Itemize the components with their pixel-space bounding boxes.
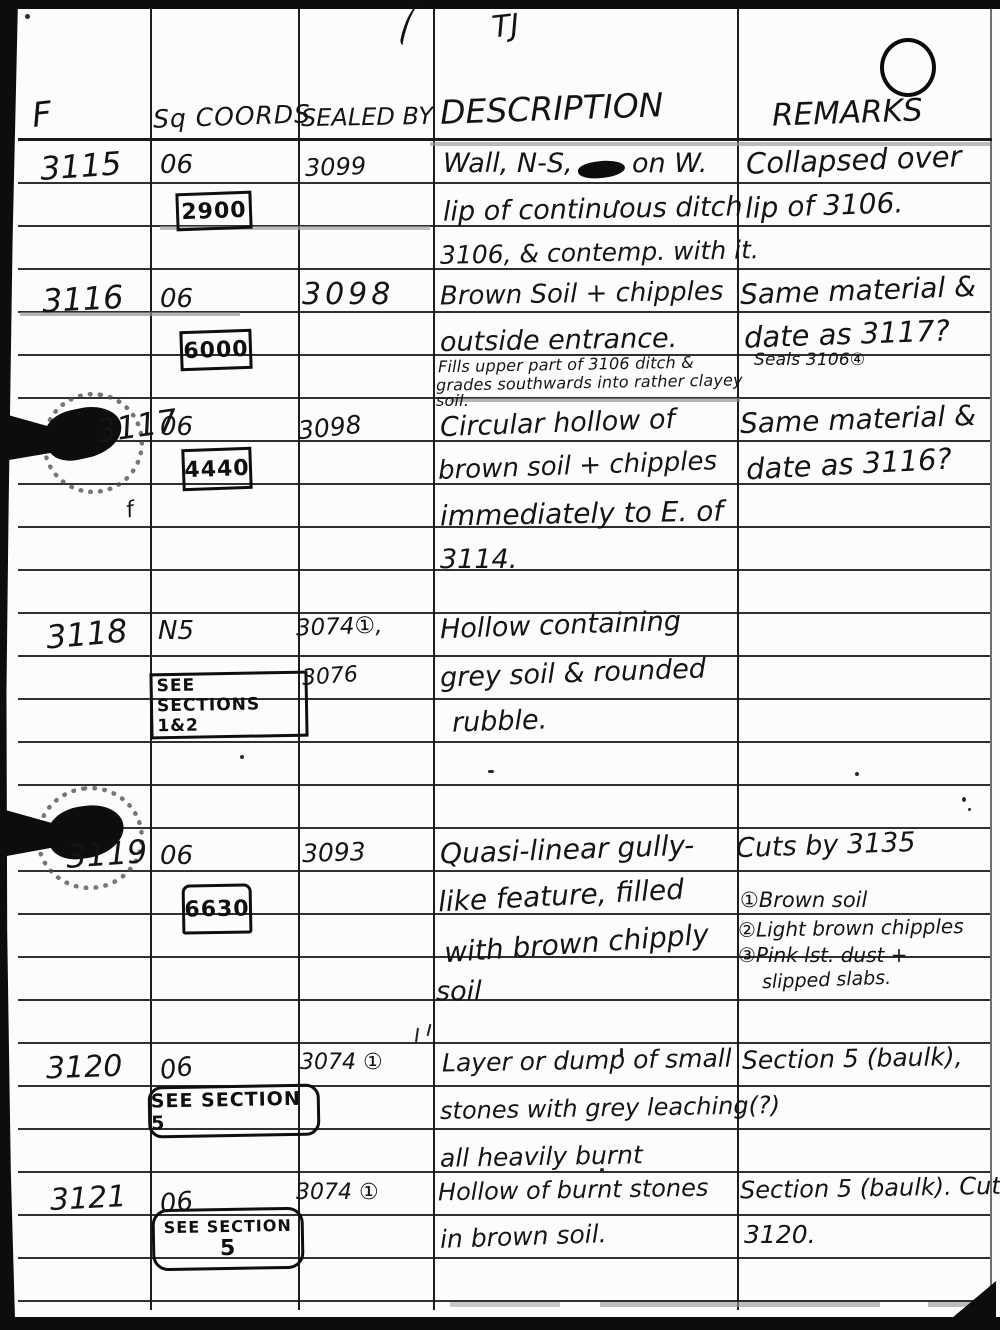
ink-speck [968, 808, 971, 811]
remarks-note: Seals 3106④ [754, 352, 865, 369]
remarks-line: Cuts by 3135 [736, 829, 916, 862]
coords-value: N5 [158, 618, 194, 644]
remarks-line: Section 5 (baulk), [742, 1044, 963, 1073]
feature-number: 3118 [45, 615, 129, 654]
feature-number: 3121 [49, 1182, 127, 1216]
coords-value: 06 [160, 286, 193, 312]
ink-speck [25, 14, 30, 19]
description-line: Layer or dump of small [442, 1045, 732, 1075]
scan-edge-bar-bottom [0, 1317, 1000, 1330]
description-line: all heavily burnt [440, 1142, 643, 1171]
circle-mark [880, 38, 936, 97]
feature-number: 3115 [39, 147, 122, 185]
scanned-register-page: TJ f F Sq COORDS SEALED BY DESCRIPTION R… [0, 0, 1000, 1330]
remarks-line: ①Brown soil [740, 890, 867, 911]
coords-box: 2900 [175, 191, 252, 232]
coords-value: 06 [160, 152, 193, 178]
ink-speck [240, 755, 244, 759]
page-right-edge-line [990, 6, 992, 1310]
description-line: Hollow of burnt stones [438, 1176, 709, 1205]
sealed-by-value: 3076 [301, 664, 358, 690]
remarks-line: ③Pink lst. dust + [738, 945, 907, 965]
scan-smudge [600, 1302, 880, 1307]
sealed-by-value: 3074 ① [300, 1052, 383, 1074]
remarks-line: slipped slabs. [762, 969, 892, 992]
scan-smudge [450, 1302, 560, 1307]
remarks-line: lip of 3106. [745, 189, 904, 223]
coords-value: 06 [160, 843, 193, 869]
description-line: rubble. [452, 706, 548, 736]
description-line: on W. [632, 150, 707, 177]
coords-box: 4440 [181, 447, 252, 491]
description-line: Circular hollow of [440, 406, 676, 441]
description-line: stones with grey leaching(?) [440, 1093, 780, 1123]
header-remarks: REMARKS [772, 95, 924, 131]
description-line: Wall, N-S, [443, 150, 573, 177]
feature-number: 3120 [45, 1052, 122, 1085]
coords-box: SEE SECTIONS 1&2 [149, 671, 308, 740]
top-page-note: TJ [491, 11, 521, 44]
scan-edge-strip-left [0, 0, 18, 1330]
remarks-line: Same material & [740, 273, 977, 309]
header-sealed-by: SEALED BY [301, 104, 434, 130]
description-line: lip of continuous ditch [443, 193, 743, 225]
remarks-line: 3120. [744, 1222, 816, 1247]
sealed-by-value: 3098 [302, 280, 394, 310]
remarks-line: date as 3117? [744, 316, 951, 352]
remarks-line: Section 5 (baulk). Cuts [740, 1174, 1000, 1203]
sealed-by-value: 3093 [302, 839, 366, 866]
remarks-line: ②Light brown chipples [738, 916, 964, 940]
description-line: immediately to E. of [440, 498, 724, 531]
header-rule [18, 138, 992, 141]
sealed-by-value: 3074①, [296, 614, 383, 640]
description-line: 3114. [440, 546, 517, 573]
sealed-by-value: 3098 [297, 412, 363, 444]
coords-box: 6000 [179, 329, 252, 371]
coords-box: 6630 [182, 883, 253, 934]
ink-speck [962, 797, 966, 802]
sealed-by-value: 3074 ① [296, 1182, 379, 1204]
description-line: Hollow containing [440, 608, 682, 643]
description-line: outside entrance. [440, 325, 678, 356]
description-line: Quasi-linear gully- [440, 832, 695, 869]
coords-box: SEE SECTION 5 [148, 1084, 321, 1139]
description-line: in brown soil. [440, 1221, 607, 1252]
column-line-sealed-description [433, 6, 435, 1310]
header-description: DESCRIPTION [439, 88, 663, 129]
feature-number: 3116 [41, 281, 124, 317]
sealed-by-value: 3099 [305, 154, 367, 180]
coords-value: 06 [158, 1054, 194, 1084]
coords-box: SEE SECTION 5 [151, 1207, 304, 1272]
description-line: Brown Soil + chipples [440, 279, 724, 310]
coords-value: 06 [160, 414, 193, 440]
ink-speck [855, 772, 859, 776]
remarks-line: Collapsed over [746, 142, 962, 179]
header-coords: Sq COORDS [153, 101, 312, 131]
scan-smudge [450, 398, 740, 402]
ink-speck [488, 770, 494, 773]
description-line: 3106, & contemp. with it. [440, 237, 759, 268]
header-f: F [30, 97, 53, 133]
remarks-line: Same material & [740, 402, 977, 438]
feature-number: 3119 [65, 835, 148, 873]
description-note: soil. [436, 393, 469, 409]
scan-edge-bar-top [0, 0, 1000, 9]
description-line: soil [436, 978, 482, 1005]
